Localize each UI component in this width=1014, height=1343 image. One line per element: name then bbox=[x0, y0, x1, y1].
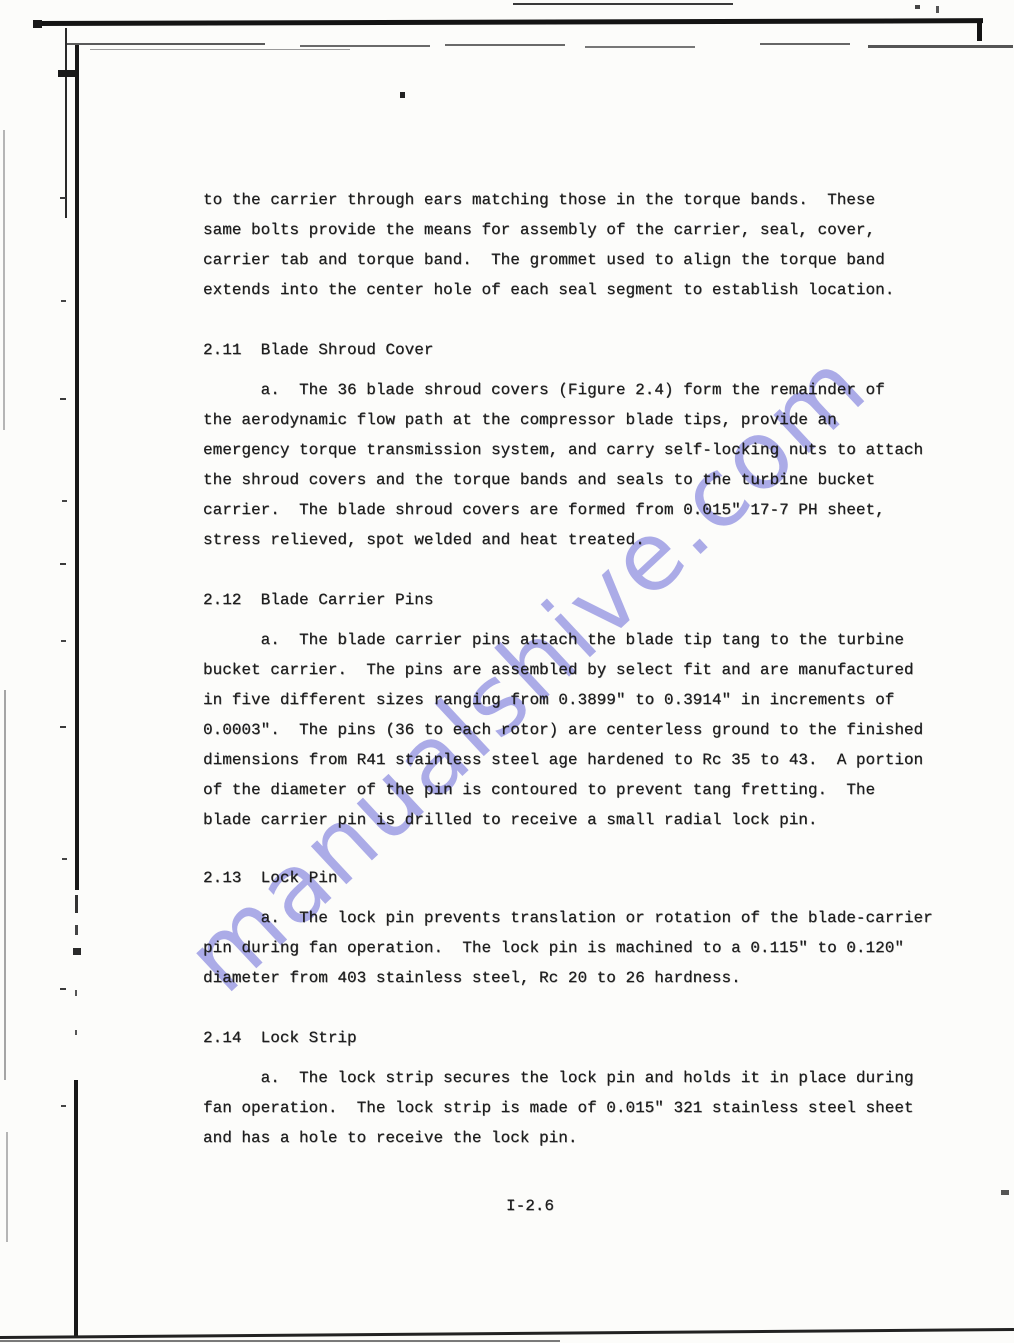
page-number: I-2.6 bbox=[506, 1191, 554, 1221]
paragraph: a. The lock strip secures the lock pin a… bbox=[203, 1063, 963, 1153]
text-line: a. The 36 blade shroud covers (Figure 2.… bbox=[203, 375, 963, 405]
text-line: the aerodynamic flow path at the compres… bbox=[203, 405, 963, 435]
text-line: carrier. The blade shroud covers are for… bbox=[203, 495, 963, 525]
text-line: in five different sizes ranging from 0.3… bbox=[203, 685, 963, 715]
paragraph: a. The blade carrier pins attach the bla… bbox=[203, 625, 963, 835]
paragraph: a. The 36 blade shroud covers (Figure 2.… bbox=[203, 375, 963, 555]
section-heading: 2.11 Blade Shroud Cover bbox=[203, 335, 963, 365]
text-line: stress relieved, spot welded and heat tr… bbox=[203, 525, 963, 555]
text-line: extends into the center hole of each sea… bbox=[203, 275, 963, 305]
text-line: a. The lock pin prevents translation or … bbox=[203, 903, 963, 933]
text-line: pin during fan operation. The lock pin i… bbox=[203, 933, 963, 963]
text-line: fan operation. The lock strip is made of… bbox=[203, 1093, 963, 1123]
text-line: and has a hole to receive the lock pin. bbox=[203, 1123, 963, 1153]
text-line: the shroud covers and the torque bands a… bbox=[203, 465, 963, 495]
text-line: same bolts provide the means for assembl… bbox=[203, 215, 963, 245]
document-body: to the carrier through ears matching tho… bbox=[0, 0, 1014, 1343]
text-line: a. The blade carrier pins attach the bla… bbox=[203, 625, 963, 655]
scanned-document-page: manualshive.com to the carrier through e… bbox=[0, 0, 1014, 1343]
text-line: blade carrier pin is drilled to receive … bbox=[203, 805, 963, 835]
text-line: diameter from 403 stainless steel, Rc 20… bbox=[203, 963, 963, 993]
text-line: emergency torque transmission system, an… bbox=[203, 435, 963, 465]
text-line: to the carrier through ears matching tho… bbox=[203, 185, 963, 215]
paragraph: to the carrier through ears matching tho… bbox=[203, 185, 963, 305]
section-heading: 2.12 Blade Carrier Pins bbox=[203, 585, 963, 615]
text-line: 0.0003". The pins (36 to each rotor) are… bbox=[203, 715, 963, 745]
text-line: bucket carrier. The pins are assembled b… bbox=[203, 655, 963, 685]
text-line: of the diameter of the pin is contoured … bbox=[203, 775, 963, 805]
section-heading: 2.13 Lock Pin bbox=[203, 863, 963, 893]
text-line: dimensions from R41 stainless steel age … bbox=[203, 745, 963, 775]
text-line: a. The lock strip secures the lock pin a… bbox=[203, 1063, 963, 1093]
text-line: carrier tab and torque band. The grommet… bbox=[203, 245, 963, 275]
paragraph: a. The lock pin prevents translation or … bbox=[203, 903, 963, 993]
section-heading: 2.14 Lock Strip bbox=[203, 1023, 963, 1053]
